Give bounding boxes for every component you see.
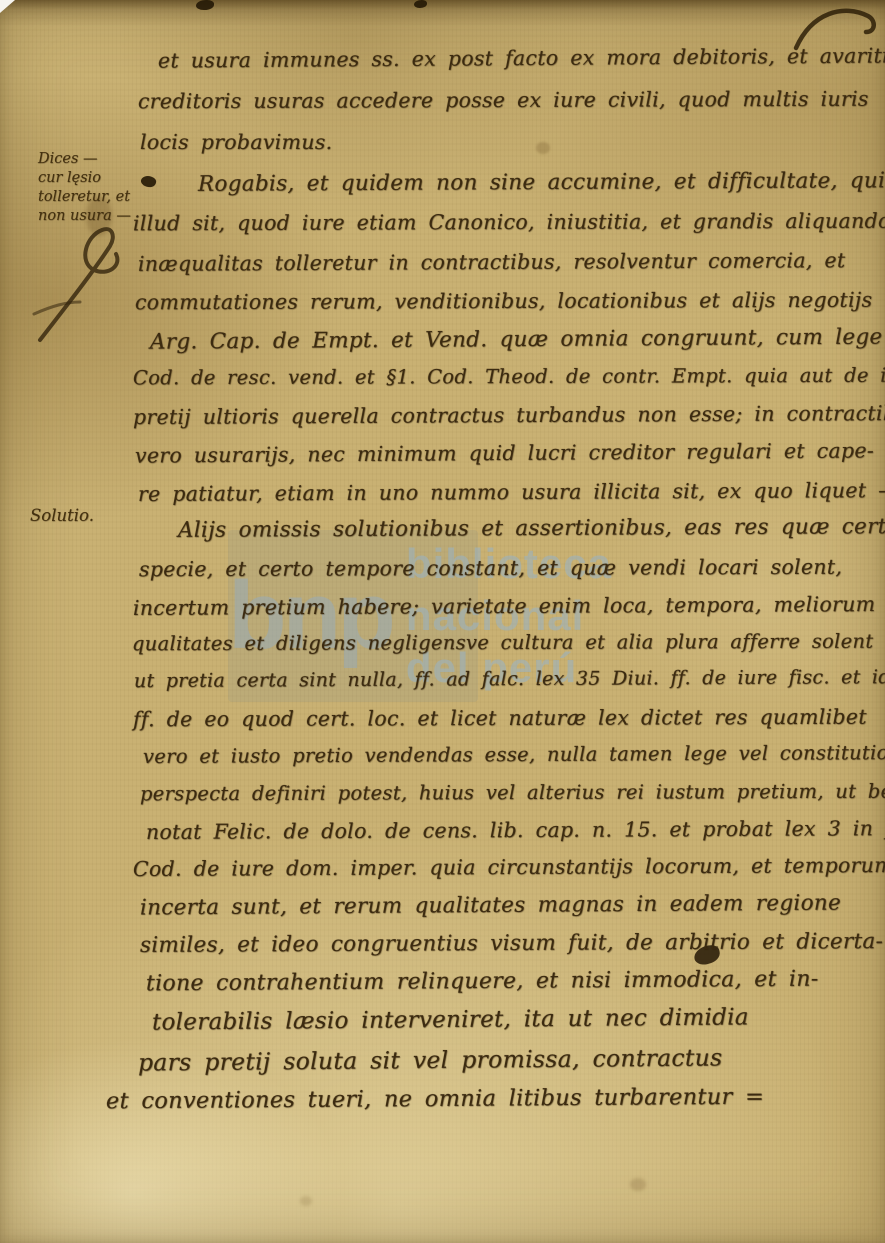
page-top-edge-shadow	[0, 0, 885, 30]
margin-note-solutio: Solutio.	[30, 506, 94, 525]
manuscript-line: locis probavimus.	[140, 130, 333, 154]
manuscript-line: commutationes rerum, venditionibus, loca…	[135, 288, 872, 315]
manuscript-line: specie, et certo tempore constant, et qu…	[139, 555, 842, 581]
manuscript-line: creditoris usuras accedere posse ex iure…	[138, 87, 869, 114]
manuscript-line: vero usurarijs, nec minimum quid lucri c…	[135, 438, 874, 467]
manuscript-line: perspecta definiri potest, huius vel alt…	[140, 780, 885, 806]
manuscript-line: vero et iusto pretio vendendas esse, nul…	[143, 741, 885, 768]
manuscript-line: notat Felic. de dolo. de cens. lib. cap.…	[146, 816, 885, 844]
manuscript-line: incertum pretium habere; varietate enim …	[133, 592, 876, 620]
manuscript-line: Alijs omissis solutionibus et assertioni…	[178, 514, 885, 543]
manuscript-line: inæqualitas tolleretur in contractibus, …	[138, 248, 846, 276]
manuscript-line: pretij ultioris querella contractus turb…	[133, 401, 885, 429]
manuscript-line: similes, et ideo congruentius visum fuit…	[140, 929, 883, 958]
manuscript-line: tolerabilis læsio interveniret, ita ut n…	[152, 1004, 749, 1035]
manuscript-line: Cod. de iure dom. imper. quia circunstan…	[133, 853, 885, 881]
manuscript-line: tione contrahentium relinquere, et nisi …	[146, 967, 819, 997]
manuscript-line: incerta sunt, et rerum qualitates magnas…	[140, 891, 841, 921]
manuscript-line: re patiatur, etiam in uno nummo usura il…	[138, 478, 885, 506]
manuscript-line: Rogabis, et quidem non sine accumine, et…	[198, 168, 885, 197]
margin-note-line: cur lęsio tolleretur, et	[38, 169, 178, 207]
manuscript-line: qualitates et diligens negligensve cultu…	[132, 630, 874, 656]
manuscript-line: pars pretij soluta sit vel promissa, con…	[138, 1043, 723, 1076]
notary-paraph-icon	[26, 218, 146, 348]
manuscript-line: Arg. Cap. de Empt. et Vend. quæ omnia co…	[150, 324, 885, 354]
paper-stain	[300, 1196, 312, 1206]
torn-corner	[0, 0, 15, 13]
manuscript-line: et usura immunes ss. ex post facto ex mo…	[158, 43, 885, 72]
manuscript-line: ut pretia certa sint nulla, ff. ad falc.…	[134, 666, 885, 692]
margin-note-label: Solutio.	[30, 506, 94, 525]
paper-stain	[630, 1178, 646, 1191]
manuscript-line: et conventiones tueri, ne omnia litibus …	[106, 1084, 764, 1115]
manuscript-line: ff. de eo quod cert. loc. et licet natur…	[133, 705, 867, 732]
paper-stain	[536, 142, 550, 154]
manuscript-line: illud sit, quod iure etiam Canonico, ini…	[133, 209, 885, 236]
manuscript-line: Cod. de resc. vend. et §1. Cod. Theod. d…	[133, 364, 885, 390]
manuscript-page: bnp biblioteca nacional del perú Dices —…	[0, 0, 885, 1243]
